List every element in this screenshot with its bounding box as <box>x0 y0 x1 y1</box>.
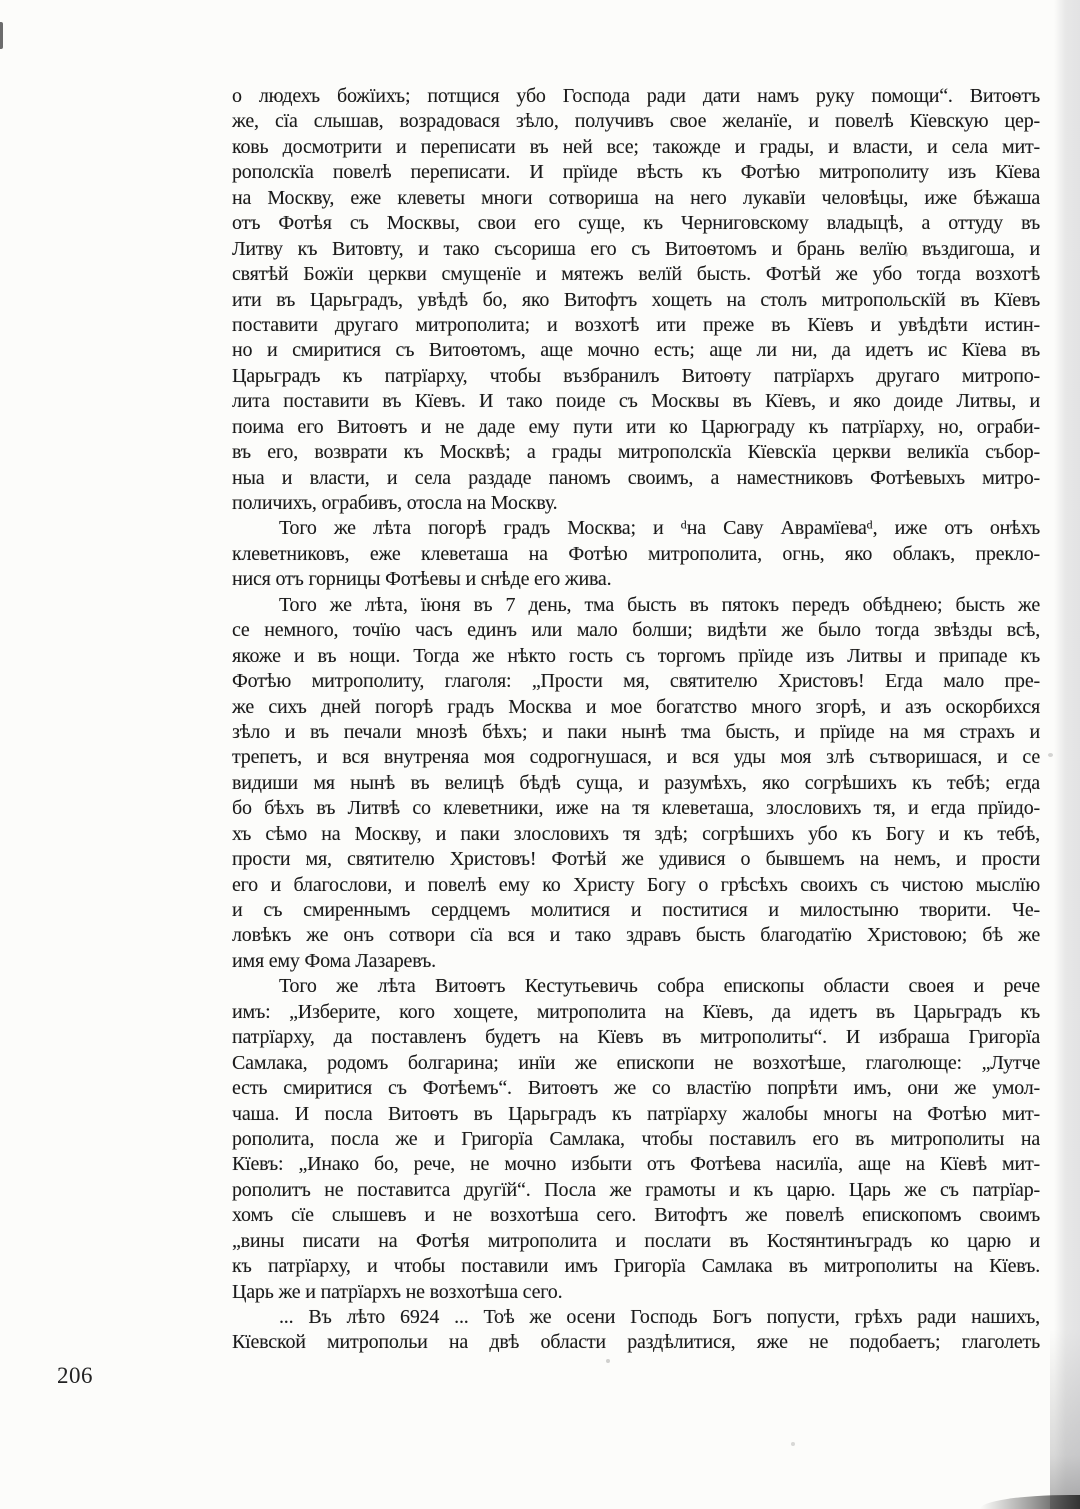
text-line: Фотѣю митрополиту, глаголя: „Прости мя, … <box>232 669 1040 694</box>
scan-right-edge-shadow-bottom <box>1050 1329 1080 1509</box>
book-page: о людехъ божїихъ; потщися убо Господа ра… <box>0 0 1080 1509</box>
text-line: се немного, точїю часъ единъ или мало бо… <box>232 618 1040 643</box>
text-line: его и благослови, и повелѣ ему ко Христу… <box>232 873 1040 898</box>
text-line: же, сїа слышав, возрадовася зѣло, получи… <box>232 109 1040 134</box>
scan-left-edge-mark <box>0 22 3 49</box>
text-line: рополитъ не поставитса другїй“. Посла же… <box>232 1178 1040 1203</box>
paragraph: Того же лѣта Витоѳтъ Кестутьевичь собра … <box>232 974 1040 1305</box>
text-line: и съ смиреннымъ сердцемъ молитися и пост… <box>232 898 1040 923</box>
text-line: есть смиритися съ Фотѣемъ“. Витоѳтъ же с… <box>232 1076 1040 1101</box>
text-line: но и смиритися съ Витоѳтомъ, аще мочно е… <box>232 338 1040 363</box>
text-line: Литву къ Витовту, и тако съсориша его съ… <box>232 237 1040 262</box>
text-line: святѣй Божїи церкви смущенїе и мятежъ ве… <box>232 262 1040 287</box>
text-line: ... Въ лѣто 6924 ... Тоѣ же осени Господ… <box>232 1305 1040 1330</box>
text-line: видиши мя нынѣ въ велицѣ бѣдѣ суща, и ра… <box>232 771 1040 796</box>
text-line: „вины писати на Фотѣя митрополита и посл… <box>232 1229 1040 1254</box>
text-line: Того же лѣта, їюня въ 7 день, тма бысть … <box>232 593 1040 618</box>
text-line: рополскїа повелѣ переписати. И прїиде вѣ… <box>232 160 1040 185</box>
text-line: ити въ Царьградъ, увѣдѣ бо, яко Витофтъ … <box>232 288 1040 313</box>
text-line: прости мя, святителю Христовъ! Фотѣй же … <box>232 847 1040 872</box>
paragraph: Того же лѣта погорѣ градъ Москва; и ᵈна … <box>232 516 1040 592</box>
text-line: имя ему Фома Лазаревъ. <box>232 949 1040 974</box>
paragraph: Того же лѣта, їюня въ 7 день, тма бысть … <box>232 593 1040 975</box>
text-line: бо бѣхъ въ Литвѣ со клеветники, иже на т… <box>232 796 1040 821</box>
text-line: Кїевъ: „Инако бо, рече, не мочно избыти … <box>232 1152 1040 1177</box>
text-line: зѣло и въ печали мнозѣ бѣхъ; и паки нынѣ… <box>232 720 1040 745</box>
text-line: Царьградъ къ патрїарху, чтобы възбранилъ… <box>232 364 1040 389</box>
text-line: клеветниковъ, еже клеветаша на Фотѣю мит… <box>232 542 1040 567</box>
scan-corner-smudge <box>980 1495 1080 1509</box>
scan-speck <box>791 1442 795 1446</box>
scan-speck <box>905 252 908 257</box>
chronicle-text-block: о людехъ божїихъ; потщися убо Господа ра… <box>232 84 1040 1356</box>
text-line: чаша. И посла Витоѳтъ въ Царьградъ къ па… <box>232 1102 1040 1127</box>
text-line: Царь же и патрїархъ не возхотѣша сего. <box>232 1280 1040 1305</box>
text-line: ныа и власти, и села раздаде паномъ свои… <box>232 466 1040 491</box>
text-line: Самлака, родомъ болгарина; инїи же еписк… <box>232 1051 1040 1076</box>
text-line: на Москву, еже клеветы многи сотвориша н… <box>232 186 1040 211</box>
text-line: лита поставити въ Кїевъ. И тако поиде съ… <box>232 389 1040 414</box>
text-line: поима его Витоѳтъ и не даде ему пути ити… <box>232 415 1040 440</box>
scan-speck <box>1048 753 1053 757</box>
paragraph: о людехъ божїихъ; потщися убо Господа ра… <box>232 84 1040 516</box>
text-line: ловѣкъ же онъ сотвори сїа вся и тако здр… <box>232 923 1040 948</box>
text-line: имъ: „Изберите, кого хощете, митрополита… <box>232 1000 1040 1025</box>
text-line: отъ Фотѣя съ Москвы, свои его суще, къ Ч… <box>232 211 1040 236</box>
text-line: хъ сѣмо на Москву, и паки злословихъ тя … <box>232 822 1040 847</box>
text-line: Кїевской митропольи на двѣ области раздѣ… <box>232 1330 1040 1355</box>
text-line: о людехъ божїихъ; потщися убо Господа ра… <box>232 84 1040 109</box>
text-line: поставити другаго митрополита; и возхотѣ… <box>232 313 1040 338</box>
text-line: хомъ сїе слышевъ и не возхотѣша сего. Ви… <box>232 1203 1040 1228</box>
text-line: ковь досмотрити и переписати въ ней все;… <box>232 135 1040 160</box>
text-line: нися отъ горницы Фотѣевы и снѣде его жив… <box>232 567 1040 592</box>
scan-right-edge-shadow <box>1054 0 1080 1509</box>
text-line: же сихъ дней погорѣ градъ Москва и мое б… <box>232 695 1040 720</box>
scan-speck <box>606 1359 610 1363</box>
text-line: трепетъ, и вся внутреняа моя содрогнушас… <box>232 745 1040 770</box>
text-line: рополита, посла же и Григорїа Самлака, ч… <box>232 1127 1040 1152</box>
text-line: къ патрїарху, и чтобы поставили имъ Григ… <box>232 1254 1040 1279</box>
text-line: въ его, возврати къ Москвѣ; а грады митр… <box>232 440 1040 465</box>
page-number: 206 <box>57 1363 93 1389</box>
text-line: якоже и въ нощи. Тогда же нѣкто гость съ… <box>232 644 1040 669</box>
text-line: Того же лѣта Витоѳтъ Кестутьевичь собра … <box>232 974 1040 999</box>
text-line: поличихъ, ограбивъ, отосла на Москву. <box>232 491 1040 516</box>
text-line: патрїарху, да поставленъ будетъ на Кїевъ… <box>232 1025 1040 1050</box>
paragraph: ... Въ лѣто 6924 ... Тоѣ же осени Господ… <box>232 1305 1040 1356</box>
text-line: Того же лѣта погорѣ градъ Москва; и ᵈна … <box>232 516 1040 541</box>
